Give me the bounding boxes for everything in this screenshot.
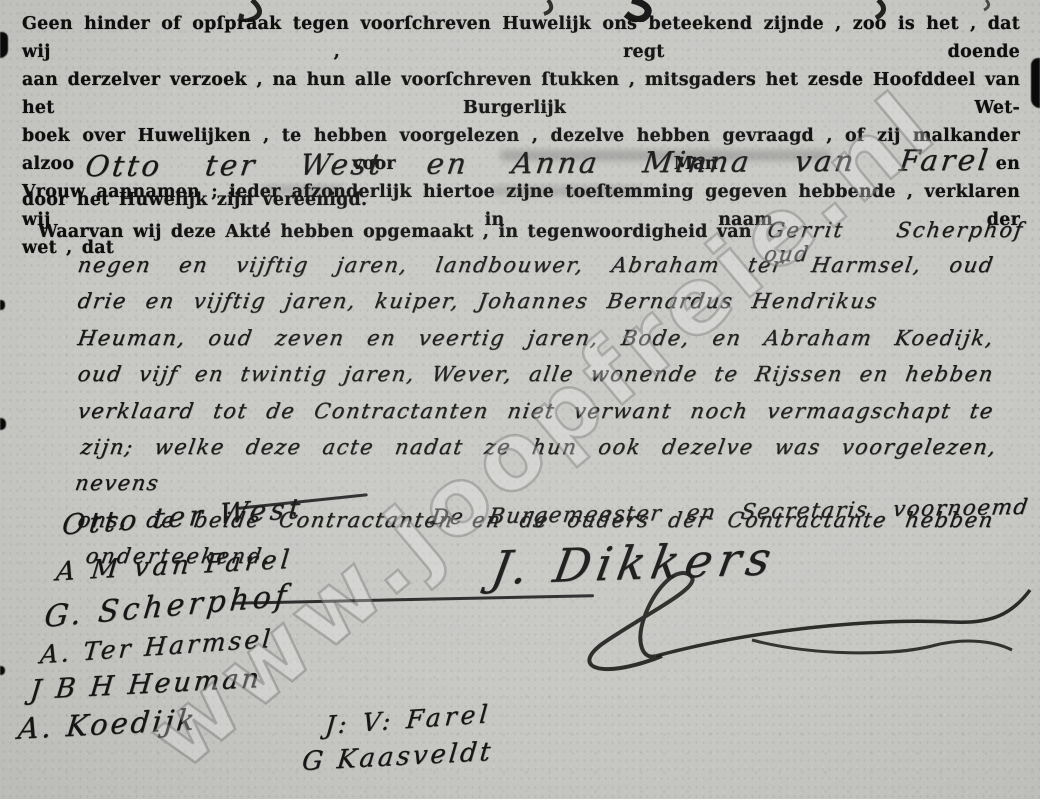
signature-parent-farel: J: V: Farel [324, 699, 493, 740]
printed-line: aan derzelver verzoek , na hun alle voor… [22, 66, 1020, 122]
printed-vereenigd-line: door het Huwelijk zijn vereenigd. [22, 188, 367, 212]
scan-smudge [500, 150, 830, 161]
handwritten-line: Heuman, oud zeven en veertig jaren, Bode… [75, 320, 997, 356]
handwritten-line: verklaard tot de Contractanten niet verw… [75, 393, 997, 429]
handwritten-line: zijn; welke deze acte nadat ze hun ook d… [72, 429, 1000, 502]
scanned-marriage-act: Geen hinder of opſpraak tegen voorſchrev… [0, 0, 1040, 799]
scan-edge-artifact [0, 666, 5, 675]
signature-flourish [452, 560, 1038, 680]
signature-witness-heuman: J B H Heuman [29, 663, 264, 706]
signature-parent-kaasveldt: G Kaasveldt [301, 737, 495, 777]
handwritten-line: drie en vijftig jaren, kuiper, Johannes … [75, 283, 881, 319]
scan-edge-artifact [1031, 58, 1040, 108]
handwritten-couple-names: Otto ter West en Anna Minna van Farel [83, 143, 992, 183]
printed-waarvan-lead: Waarvan wij deze Akte hebben opgemaakt ,… [22, 222, 752, 242]
scan-smudge [492, 186, 642, 196]
handwritten-line: oud vijf en twintig jaren, Wever, alle w… [75, 356, 997, 392]
scan-edge-artifact [0, 418, 6, 430]
scan-edge-artifact [0, 32, 8, 58]
printed-line: Geen hinder of opſpraak tegen voorſchrev… [22, 10, 1020, 66]
signature-witness-koedijk: A. Koedijk [16, 702, 199, 746]
scan-edge-artifact [0, 300, 5, 310]
handwritten-line: negen en vijftig jaren, landbouwer, Abra… [75, 247, 997, 283]
